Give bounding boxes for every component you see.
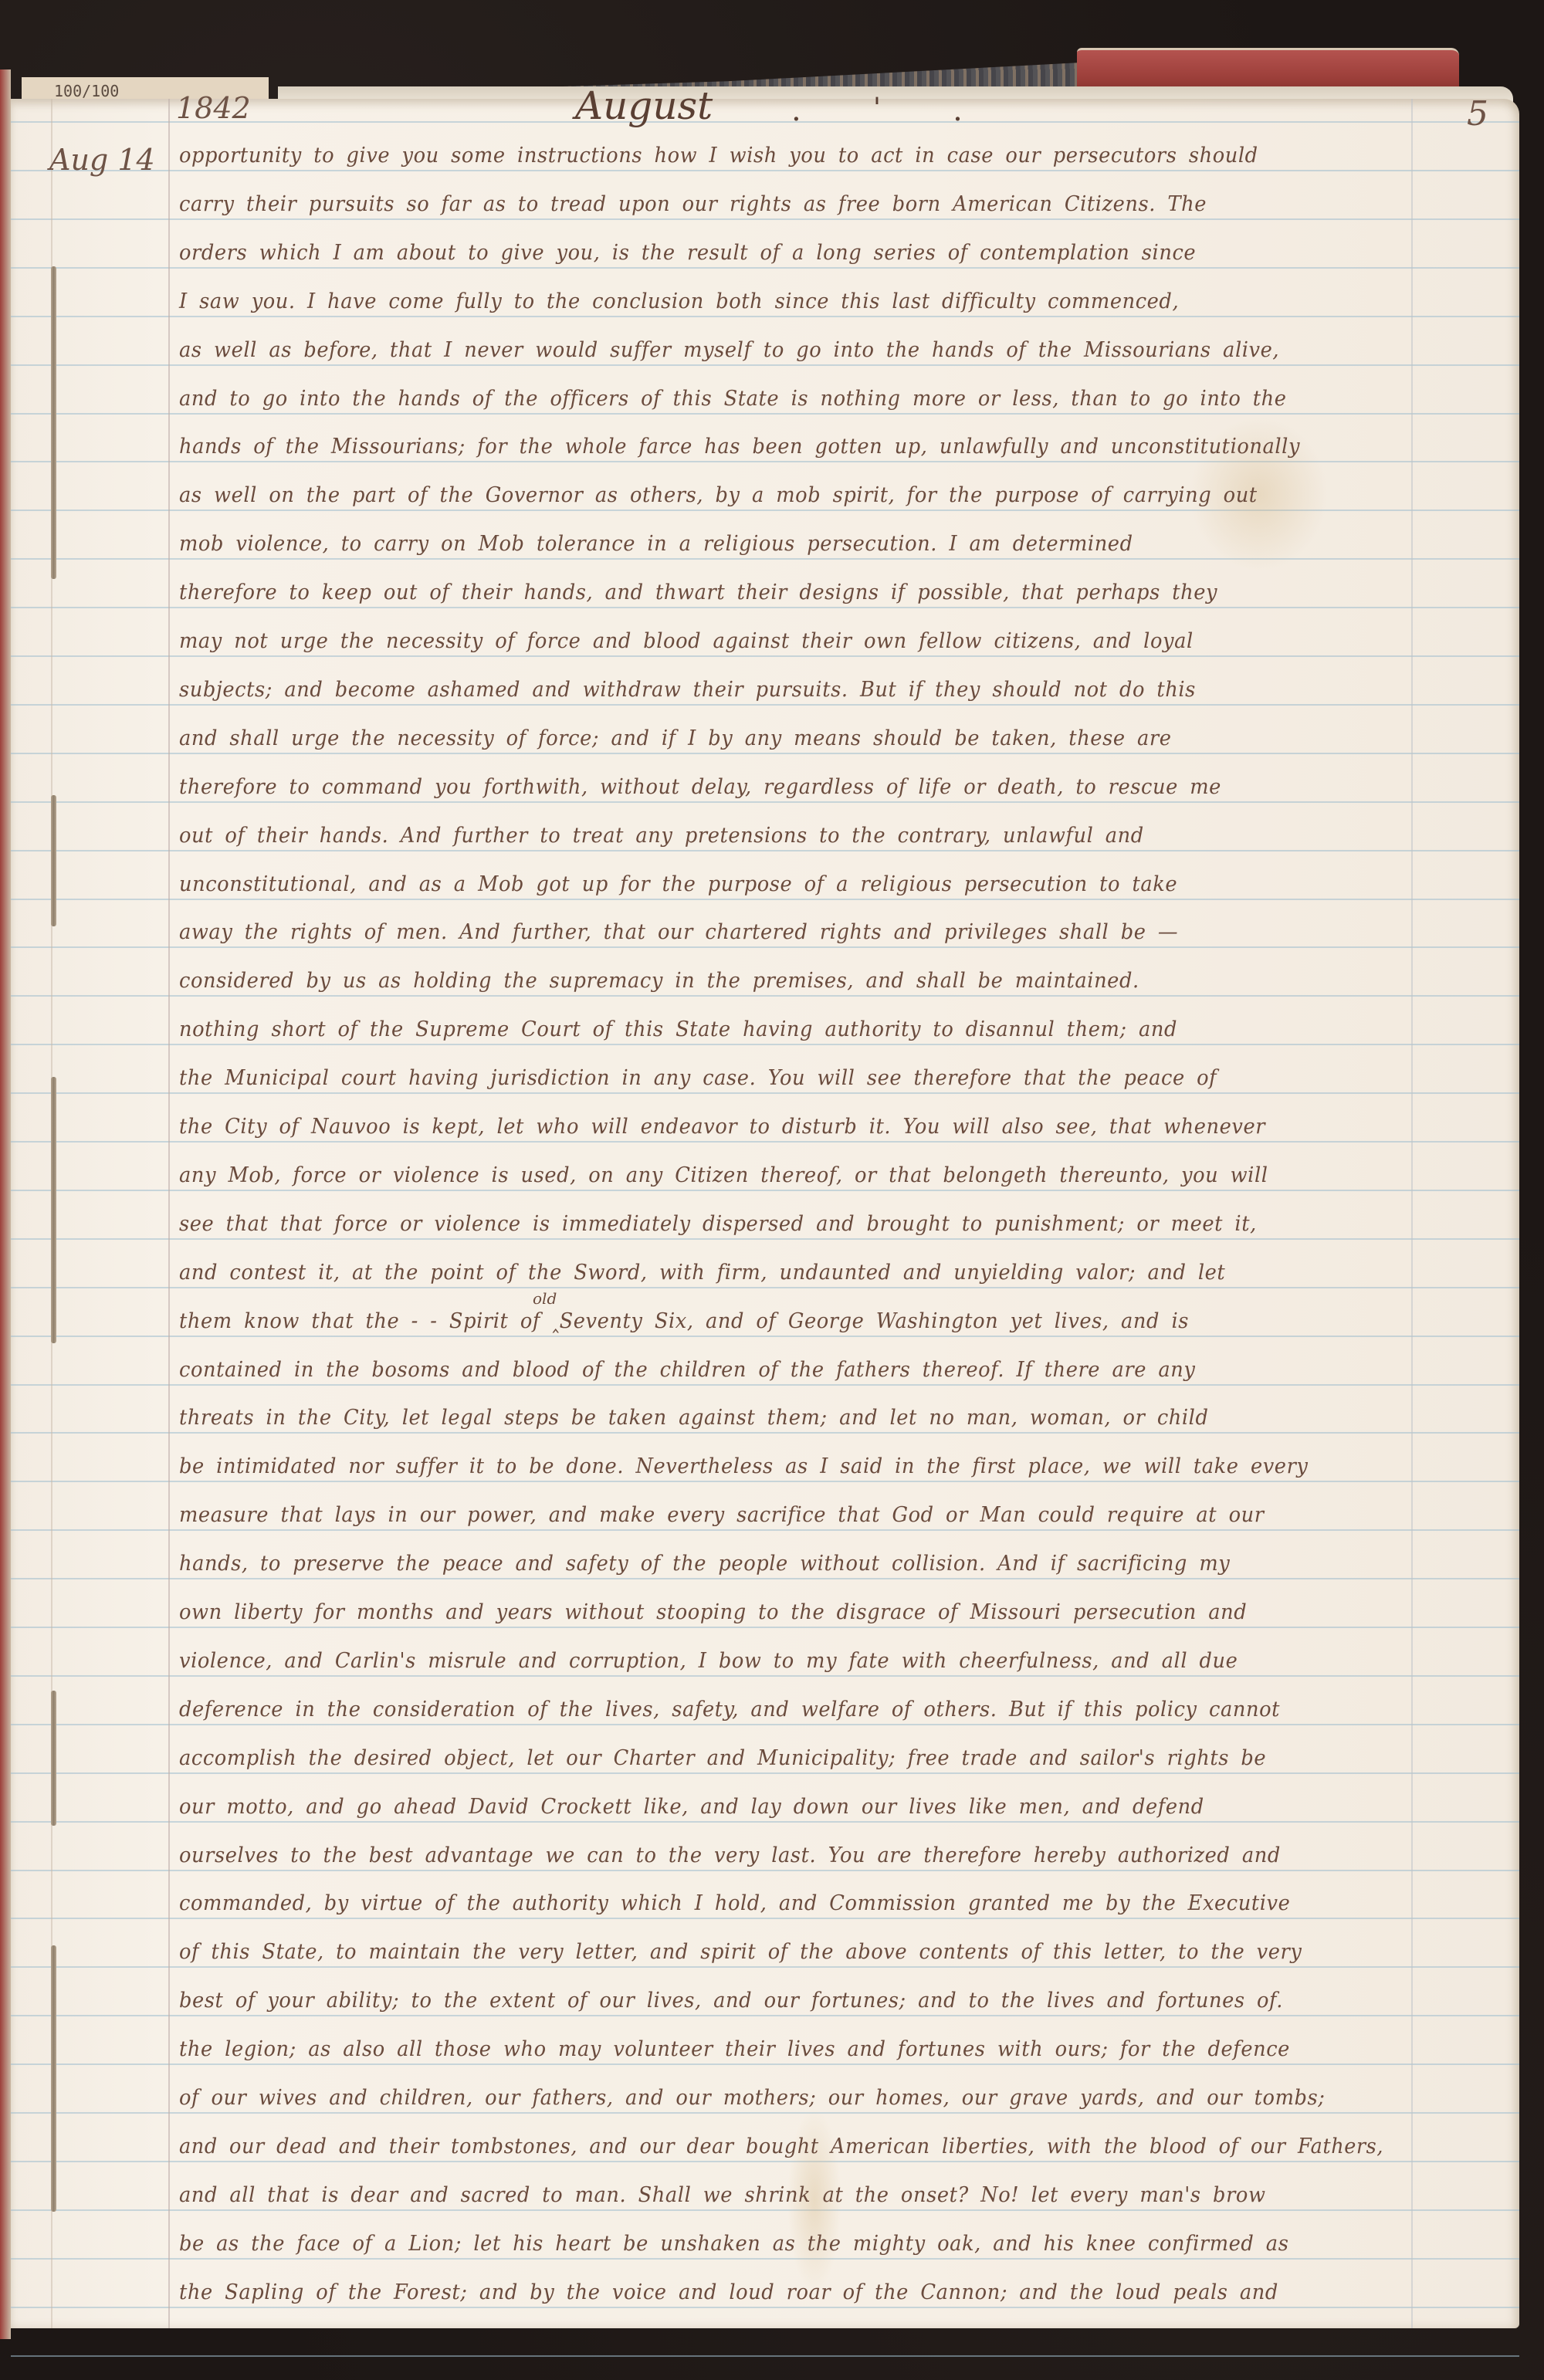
ruled-line xyxy=(11,753,1519,754)
ruled-line xyxy=(11,1918,1519,1919)
entry-date: Aug 14 xyxy=(49,143,155,177)
manuscript-line: nothing short of the Supreme Court of th… xyxy=(179,1017,1383,1041)
manuscript-line: out of their hands. And further to treat… xyxy=(179,824,1383,848)
binding-thread xyxy=(51,1691,56,1826)
manuscript-line: as well as before, that I never would su… xyxy=(179,338,1383,362)
ruled-line xyxy=(11,2063,1519,2065)
manuscript-line: commanded, by virtue of the authority wh… xyxy=(179,1891,1383,1915)
ruled-line xyxy=(11,364,1519,366)
binding-thread xyxy=(51,1945,56,2212)
manuscript-line: contained in the bosoms and blood of the… xyxy=(179,1358,1383,1382)
ruled-line xyxy=(11,995,1519,997)
left-margin-rule xyxy=(168,99,170,2328)
manuscript-line: carry their pursuits so far as to tread … xyxy=(179,192,1383,216)
manuscript-line: be as the face of a Lion; let his heart … xyxy=(179,2232,1383,2256)
ruled-line xyxy=(11,1238,1519,1240)
manuscript-line: unconstitutional, and as a Mob got up fo… xyxy=(179,872,1383,896)
ruled-line xyxy=(11,1336,1519,1337)
archive-tab-label: 100/100 xyxy=(54,82,119,100)
manuscript-line: hands, to preserve the peace and safety … xyxy=(179,1552,1383,1576)
ruled-line xyxy=(11,1772,1519,1774)
manuscript-line: orders which I am about to give you, is … xyxy=(179,241,1383,265)
ruled-line xyxy=(11,413,1519,415)
manuscript-line: of this State, to maintain the very lett… xyxy=(179,1940,1383,1964)
manuscript-line: and to go into the hands of the officers… xyxy=(179,387,1383,411)
manuscript-line: the legion; as also all those who may vo… xyxy=(179,2037,1383,2061)
manuscript-line: be intimidated nor suffer it to be done.… xyxy=(179,1454,1383,1478)
ruled-line xyxy=(11,655,1519,657)
manuscript-line: considered by us as holding the supremac… xyxy=(179,969,1383,993)
ruled-line xyxy=(11,946,1519,948)
ruled-line xyxy=(11,1287,1519,1288)
manuscript-line: threats in the City, let legal steps be … xyxy=(179,1406,1383,1430)
ruled-line xyxy=(11,2258,1519,2260)
ruled-line xyxy=(11,850,1519,851)
manuscript-line: and all that is dear and sacred to man. … xyxy=(179,2183,1383,2207)
ruled-line xyxy=(11,899,1519,900)
ruled-line xyxy=(11,1870,1519,1871)
manuscript-line: the Sapling of the Forest; and by the vo… xyxy=(179,2280,1383,2304)
ruled-line xyxy=(11,1092,1519,1094)
manuscript-line: see that that force or violence is immed… xyxy=(179,1212,1383,1236)
ruled-line xyxy=(11,2355,1519,2357)
manuscript-line: I saw you. I have come fully to the conc… xyxy=(179,289,1383,313)
manuscript-line: away the rights of men. And further, tha… xyxy=(179,920,1383,944)
ruled-line xyxy=(11,1966,1519,1968)
ruled-line xyxy=(11,2209,1519,2211)
ruled-line xyxy=(11,1578,1519,1579)
manuscript-line: as well on the part of the Governor as o… xyxy=(179,483,1383,507)
ruled-line xyxy=(11,218,1519,220)
header-marks: . ˈ . xyxy=(791,93,994,128)
manuscript-line: the City of Nauvoo is kept, let who will… xyxy=(179,1115,1383,1139)
manuscript-line: deference in the consideration of the li… xyxy=(179,1698,1383,1722)
binding-thread xyxy=(51,795,56,926)
ruled-line xyxy=(11,1675,1519,1677)
ruled-line xyxy=(11,170,1519,171)
header-month: August xyxy=(575,83,713,128)
manuscript-line: may not urge the necessity of force and … xyxy=(179,629,1383,653)
ruled-line xyxy=(11,607,1519,608)
manuscript-line: therefore to keep out of their hands, an… xyxy=(179,581,1383,604)
page-number: 5 xyxy=(1467,94,1488,134)
ruled-line xyxy=(11,1384,1519,1386)
manuscript-line: accomplish the desired object, let our C… xyxy=(179,1746,1383,1770)
manuscript-line: hands of the Missourians; for the whole … xyxy=(179,435,1383,459)
manuscript-line: therefore to command you forthwith, with… xyxy=(179,775,1383,799)
manuscript-line: our motto, and go ahead David Crockett l… xyxy=(179,1795,1383,1819)
ruled-line xyxy=(11,1724,1519,1725)
ruled-line xyxy=(11,1044,1519,1045)
ruled-line xyxy=(11,1529,1519,1531)
manuscript-line: subjects; and become ashamed and withdra… xyxy=(179,678,1383,702)
ruled-line xyxy=(11,2112,1519,2114)
ruled-line xyxy=(11,1141,1519,1143)
manuscript-line: measure that lays in our power, and make… xyxy=(179,1503,1383,1527)
manuscript-line: best of your ability; to the extent of o… xyxy=(179,1989,1383,2013)
ruled-line xyxy=(11,1190,1519,1191)
interlinear-insertion: old xyxy=(533,1289,557,1308)
binding-thread xyxy=(51,266,56,579)
header-year: 1842 xyxy=(176,91,251,125)
ruled-line xyxy=(11,1432,1519,1434)
ruled-line xyxy=(11,704,1519,706)
ruled-line xyxy=(11,1821,1519,1823)
manuscript-line: them know that the - - Spirit of ‸Sevent… xyxy=(179,1309,1383,1333)
binding-thread xyxy=(51,1077,56,1343)
right-margin-rule xyxy=(1411,99,1413,2328)
manuscript-line: and our dead and their tombstones, and o… xyxy=(179,2135,1376,2158)
book-cover-edge-left xyxy=(0,69,11,2339)
manuscript-line: any Mob, force or violence is used, on a… xyxy=(179,1163,1383,1187)
manuscript-line: and shall urge the necessity of force; a… xyxy=(179,726,1383,750)
ruled-line xyxy=(11,316,1519,317)
ruled-line xyxy=(11,2015,1519,2016)
manuscript-line: the Municipal court having jurisdiction … xyxy=(179,1066,1383,1090)
ruled-line xyxy=(11,1627,1519,1628)
manuscript-line: own liberty for months and years without… xyxy=(179,1600,1383,1624)
manuscript-line: of our wives and children, our fathers, … xyxy=(179,2086,1383,2110)
ruled-line xyxy=(11,2307,1519,2308)
manuscript-line: and contest it, at the point of the Swor… xyxy=(179,1261,1383,1285)
manuscript-line: opportunity to give you some instruction… xyxy=(179,144,1383,168)
manuscript-line: ourselves to the best advantage we can t… xyxy=(179,1843,1383,1867)
ruled-line xyxy=(11,801,1519,803)
ruled-line xyxy=(11,1481,1519,1482)
manuscript-line: mob violence, to carry on Mob tolerance … xyxy=(179,532,1383,556)
manuscript-line: violence, and Carlin's misrule and corru… xyxy=(179,1649,1383,1673)
ruled-line xyxy=(11,2161,1519,2162)
ruled-line xyxy=(11,267,1519,269)
